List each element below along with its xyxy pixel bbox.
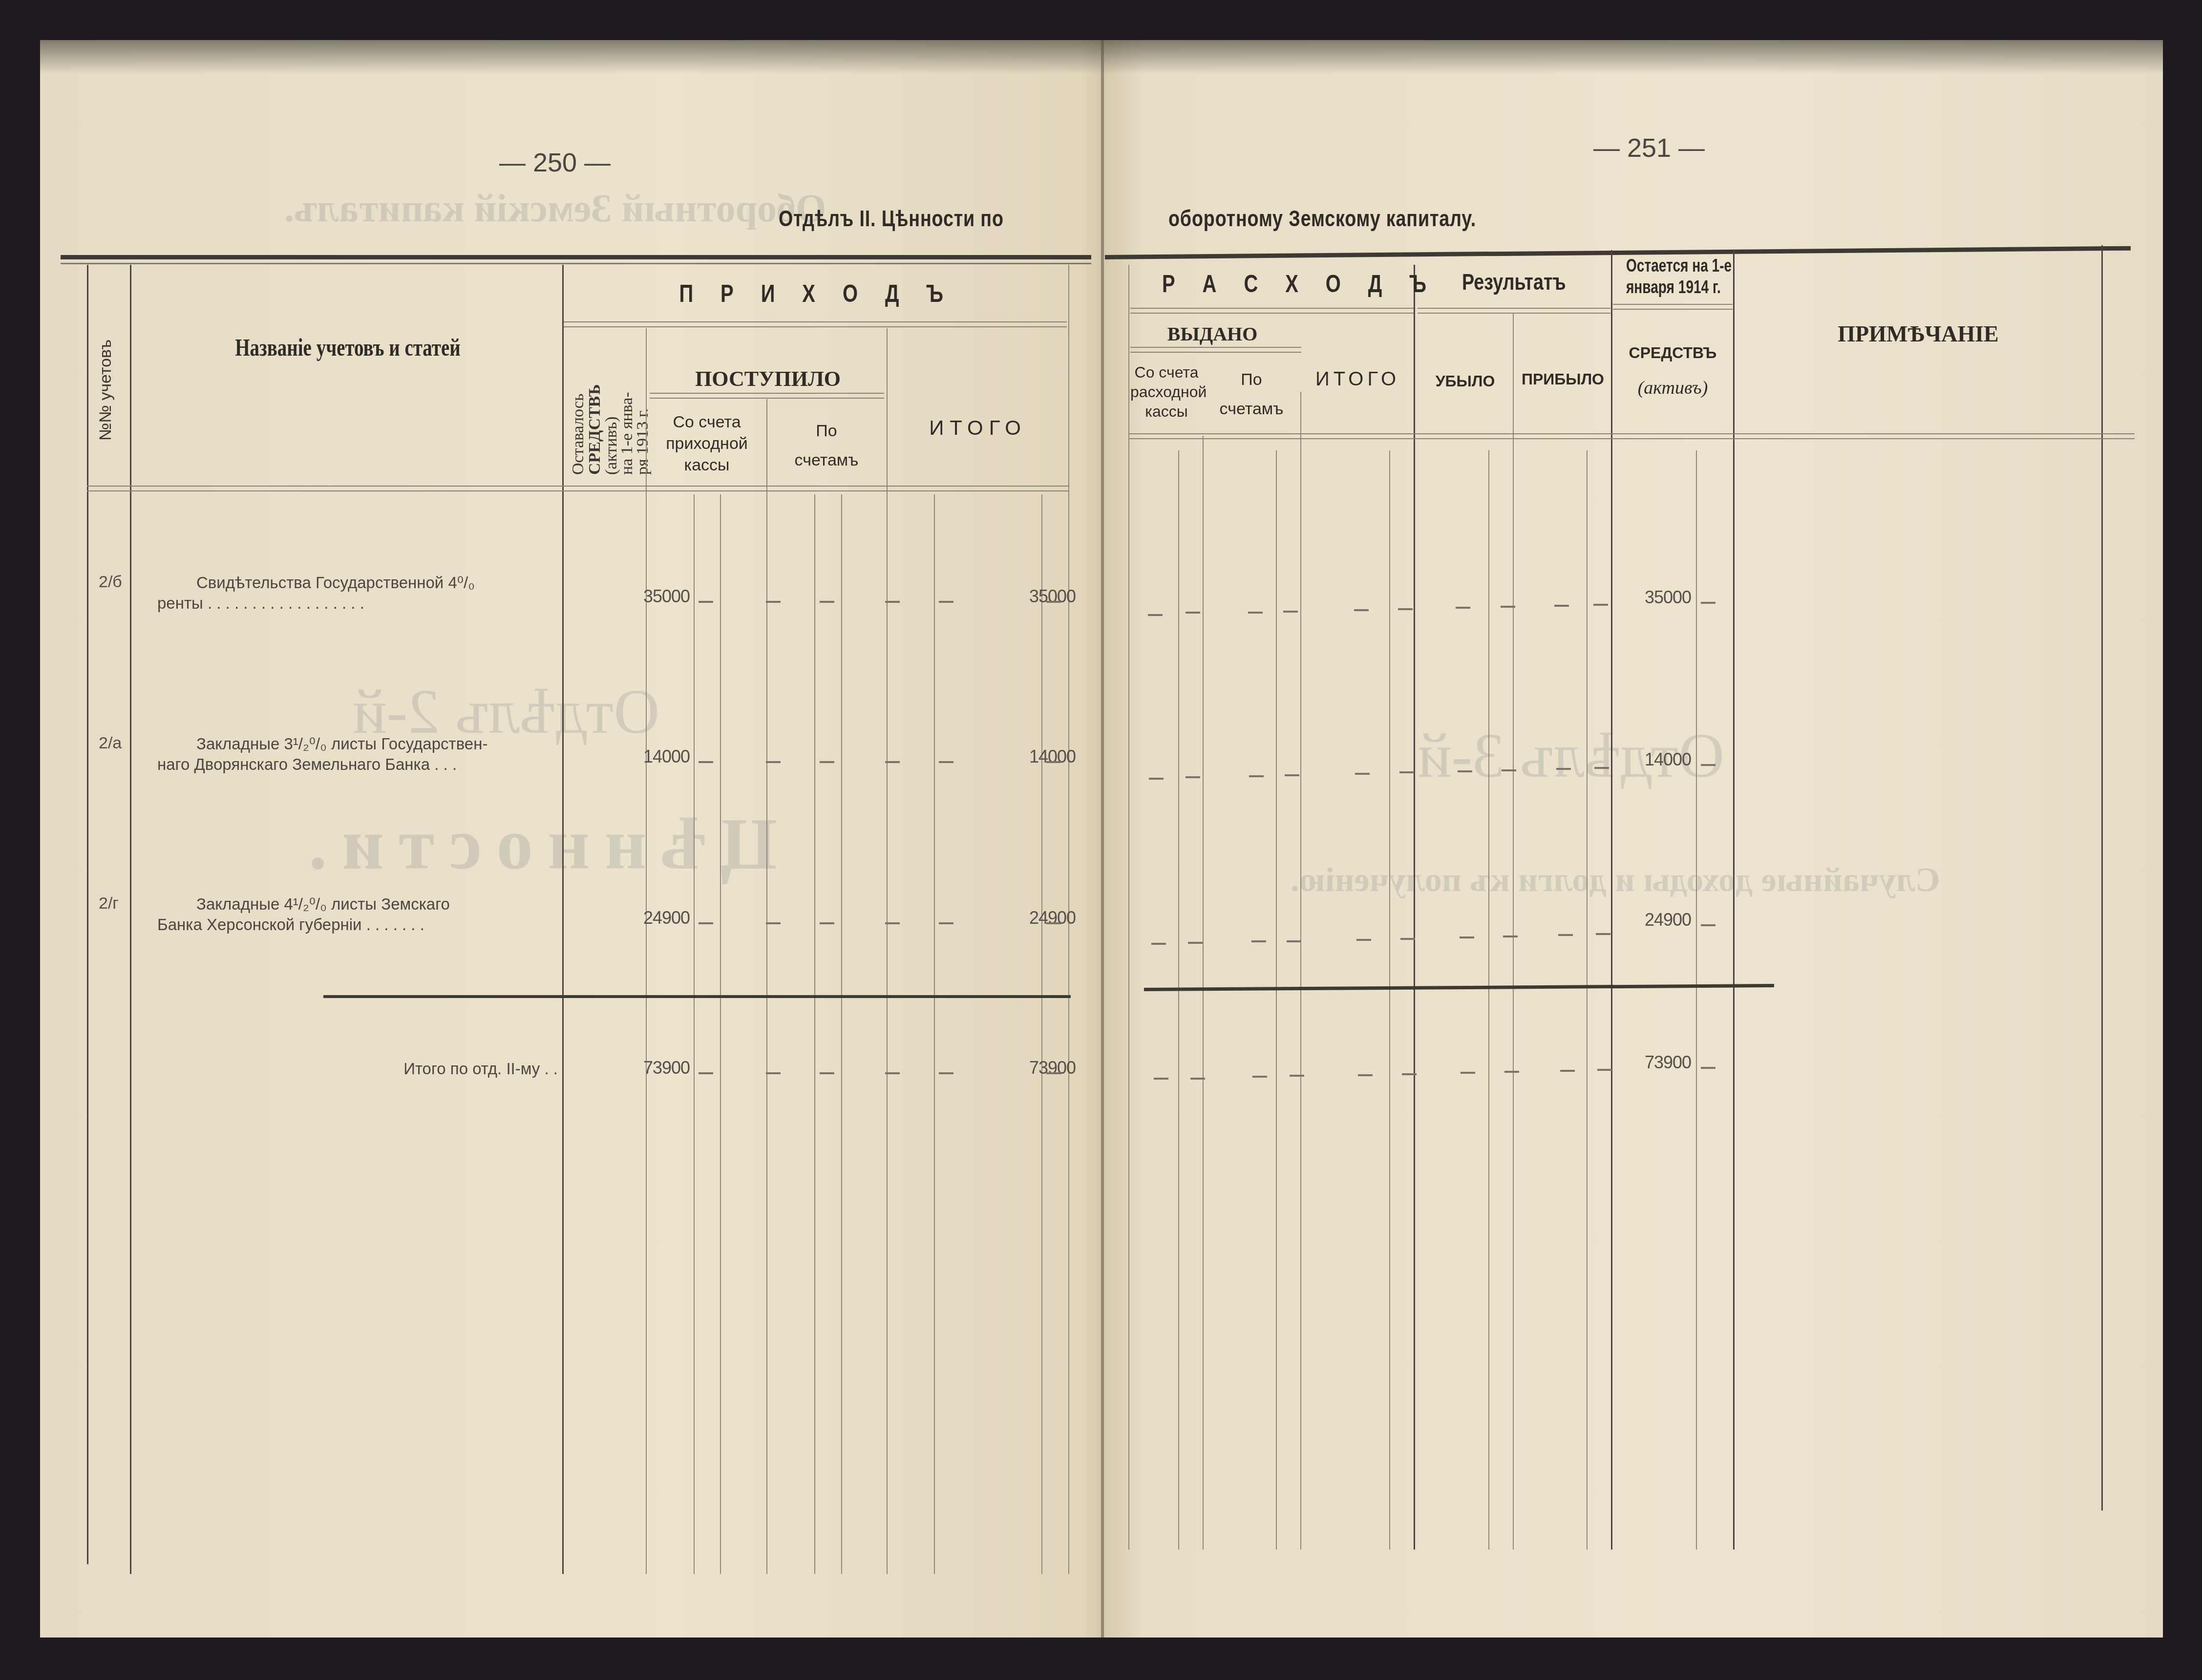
header-name: Названіе учетовъ и статей <box>184 333 512 362</box>
section-title-part2: оборотному Земскому капиталу. <box>1168 205 1476 232</box>
col-divider <box>130 265 131 1574</box>
col-divider <box>1513 314 1514 1550</box>
col-divider <box>562 265 564 1574</box>
row-name: Закладные 3¹/₂⁰/₀ листы Государствен- на… <box>157 734 558 775</box>
right-page: Отдѣлъ 3-й Случайные доходы и долги къ п… <box>1105 40 2163 1637</box>
received-underline <box>650 393 884 399</box>
book-gutter <box>1101 40 1104 1637</box>
row-name: Закладные 4¹/₂⁰/₀ листы Земскаго Банка Х… <box>157 894 558 935</box>
col-divider <box>1414 265 1415 1550</box>
cell-total: 14000 <box>993 746 1076 767</box>
ghost-bleed-heading: Цѣнности. <box>294 802 777 886</box>
header-income: П Р И Х О Д Ъ <box>617 279 1016 308</box>
header-account-no: №№ учетовъ <box>95 340 116 441</box>
cell-remaining: 24900 <box>607 908 690 928</box>
header-gain: ПРИБЫЛО <box>1515 370 1610 388</box>
kopeck-divider <box>720 494 721 1574</box>
total-row-label: Итого по отд. II-му . . <box>343 1059 558 1079</box>
kopeck-divider <box>1696 450 1697 1550</box>
kopeck-divider <box>841 494 842 1574</box>
kopeck-divider <box>934 494 935 1574</box>
table-top-rule-thin <box>61 263 1091 264</box>
row-account-no: 2/а <box>99 734 122 753</box>
header-by-accounts: По счетамъ <box>1205 365 1298 424</box>
sum-rule <box>1144 984 1774 991</box>
header-loss: УБЫЛО <box>1418 372 1513 390</box>
cell-total-remaining: 73900 <box>607 1058 690 1078</box>
kopeck-divider <box>1041 494 1042 1574</box>
ghost-bleed-title: Оборотный Земскій капиталъ. <box>284 187 826 231</box>
col-divider <box>1611 250 1612 1550</box>
header-remaining-1914: Остается на 1-е января 1914 г. <box>1626 255 1719 298</box>
section-title-part1: Отдѣлъ II. Цѣнности по <box>779 205 1004 232</box>
cell-remaining: 14000 <box>1608 749 1691 770</box>
cell-total: 35000 <box>993 586 1076 607</box>
header-from-cash: Со счета приходной кассы <box>651 411 763 476</box>
result-underline <box>1418 308 1610 314</box>
header-issued: ВЫДАНО <box>1134 322 1291 345</box>
cell-remaining: 24900 <box>1608 910 1691 930</box>
page-number: — 251 — <box>1593 133 1705 163</box>
row-account-no: 2/б <box>99 573 122 592</box>
header-bottom-rule <box>87 486 1069 491</box>
table-top-rule <box>1105 246 2131 259</box>
sum-rule <box>323 995 1071 998</box>
page-number: — 250 — <box>499 148 611 178</box>
kopeck-divider <box>694 494 695 1574</box>
col-divider <box>1733 250 1735 1550</box>
kopeck-divider <box>1178 450 1179 1550</box>
col-divider <box>87 265 88 1564</box>
header-expense: Р А С Х О Д Ъ <box>1162 270 1385 298</box>
header-total: ИТОГО <box>890 416 1066 440</box>
header-result: Результатъ <box>1435 269 1593 295</box>
kopeck-divider <box>1587 450 1588 1550</box>
kopeck-divider <box>1488 450 1489 1550</box>
header-total: ИТОГО <box>1303 368 1413 390</box>
kopeck-divider <box>1389 450 1390 1550</box>
cell-remaining: 35000 <box>1608 587 1691 608</box>
col-divider <box>766 399 767 1574</box>
header-note: ПРИМѢЧАНІЕ <box>1735 321 2101 347</box>
cell-remaining: 14000 <box>607 746 690 767</box>
header-bottom-rule <box>1128 433 2135 439</box>
header-from-cash: Со счета расходной кассы <box>1130 362 1203 421</box>
row-account-no: 2/г <box>99 894 119 913</box>
table-top-rule <box>61 255 1091 259</box>
cell-total-remaining: 73900 <box>1608 1052 1691 1073</box>
col-divider <box>1128 265 1129 1550</box>
col-divider <box>887 328 888 1574</box>
kopeck-divider <box>1276 450 1277 1550</box>
header-remaining-1913: Оставалось СРЕДСТВЪ (активъ) на 1-е янва… <box>568 333 646 480</box>
income-underline <box>564 321 1067 327</box>
col-divider <box>646 328 647 1574</box>
header-by-accounts: По счетамъ <box>768 416 885 475</box>
header-received: ПОСТУПИЛО <box>651 366 885 391</box>
cell-remaining: 35000 <box>607 586 690 607</box>
cell-total: 24900 <box>993 908 1076 928</box>
ghost-bleed-subtitle: Случайные доходы и долги къ полученію. <box>1291 861 1940 900</box>
cell-total-total: 73900 <box>993 1058 1076 1078</box>
book-spread: Оборотный Земскій капиталъ. Отдѣлъ 2-й Ц… <box>40 40 2163 1637</box>
left-page: Оборотный Земскій капиталъ. Отдѣлъ 2-й Ц… <box>40 40 1102 1637</box>
expense-underline <box>1130 308 1414 314</box>
header-assets: (активъ) <box>1613 377 1733 399</box>
issued-underline <box>1130 347 1301 353</box>
remaining-underline <box>1613 304 1733 310</box>
kopeck-divider <box>814 494 815 1574</box>
col-divider <box>1300 392 1301 1550</box>
col-divider <box>1203 436 1204 1550</box>
row-name: Свидѣтельства Государственной 4⁰/₀ ренты… <box>157 573 558 614</box>
header-funds: СРЕДСТВЪ <box>1613 344 1733 362</box>
